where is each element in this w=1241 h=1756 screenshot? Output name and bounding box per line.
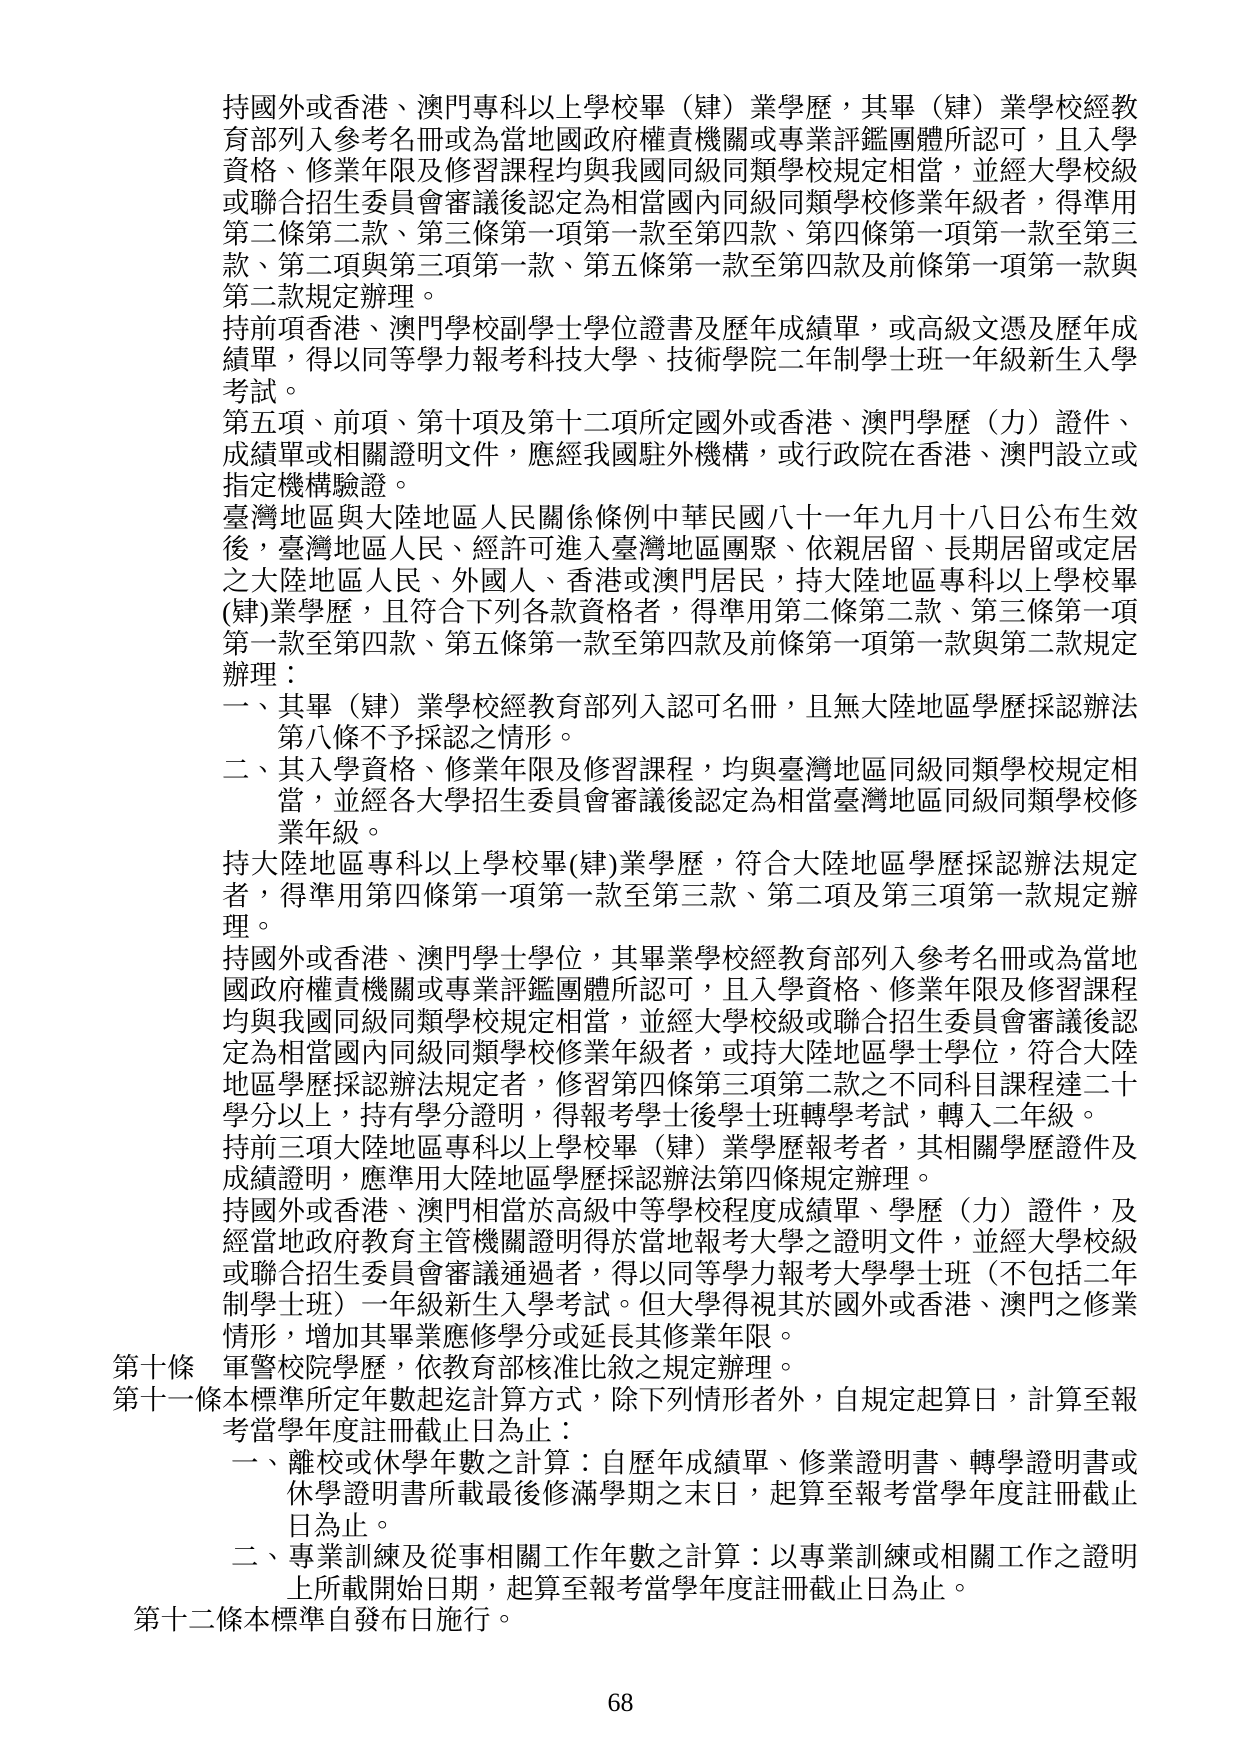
page-number: 68 [0, 1688, 1241, 1718]
list-item-marker: 二、 [231, 1541, 288, 1572]
list-item: 一、其畢（肄）業學校經教育部列入認可名冊，且無大陸地區學歷採認辦法第八條不予採認… [222, 691, 1138, 754]
list-item: 二、其入學資格、修業年限及修習課程，均與臺灣地區同級同類學校規定相當，並經各大學… [222, 754, 1138, 849]
paragraph: 臺灣地區與大陸地區人民關係條例中華民國八十一年九月十八日公布生效後，臺灣地區人民… [222, 502, 1138, 691]
list-item-marker: 一、 [222, 691, 278, 722]
list-item-text: 其入學資格、修業年限及修習課程，均與臺灣地區同級同類學校規定相當，並經各大學招生… [277, 754, 1138, 848]
article-text: 本標準所定年數起迄計算方式，除下列情形者外，自規定起算日，計算至報考當學年度註冊… [222, 1384, 1138, 1447]
article-label: 第十條 [112, 1352, 195, 1384]
list-item: 一、離校或休學年數之計算：自歷年成績單、修業證明書、轉學證明書或休學證明書所載最… [231, 1447, 1138, 1542]
article-10: 第十條 軍警校院學歷，依教育部核准比敘之規定辦理。 [222, 1352, 1138, 1384]
paragraph: 第五項、前項、第十項及第十二項所定國外或香港、澳門學歷（力）證件、成績單或相關證… [222, 407, 1138, 502]
list-item-marker: 二、 [222, 754, 278, 785]
article-label: 第十一條 [112, 1384, 222, 1416]
list-item-text: 專業訓練及從事相關工作年數之計算：以專業訓練或相關工作之證明上所載開始日期，起算… [286, 1541, 1138, 1604]
article-text: 軍警校院學歷，依教育部核准比敘之規定辦理。 [222, 1352, 1138, 1384]
list-item-text: 其畢（肄）業學校經教育部列入認可名冊，且無大陸地區學歷採認辦法第八條不予採認之情… [277, 691, 1138, 754]
paragraph: 持國外或香港、澳門專科以上學校畢（肄）業學歷，其畢（肄）業學校經教育部列入參考名… [222, 92, 1138, 313]
article-label: 第十二條 [133, 1604, 243, 1636]
paragraph: 持大陸地區專科以上學校畢(肄)業學歷，符合大陸地區學歷採認辦法規定者，得準用第四… [222, 848, 1138, 943]
paragraph: 持前項香港、澳門學校副學士學位證書及歷年成績單，或高級文憑及歷年成績單，得以同等… [222, 313, 1138, 408]
list-item-text: 離校或休學年數之計算：自歷年成績單、修業證明書、轉學證明書或休學證明書所載最後修… [286, 1447, 1138, 1541]
paragraph: 持國外或香港、澳門學士學位，其畢業學校經教育部列入參考名冊或為當地國政府權責機關… [222, 943, 1138, 1132]
paragraph: 持國外或香港、澳門相當於高級中等學校程度成績單、學歷（力）證件，及經當地政府教育… [222, 1195, 1138, 1353]
list-item-marker: 一、 [231, 1447, 288, 1478]
list-item: 二、專業訓練及從事相關工作年數之計算：以專業訓練或相關工作之證明上所載開始日期，… [231, 1541, 1138, 1604]
document-page: 持國外或香港、澳門專科以上學校畢（肄）業學歷，其畢（肄）業學校經教育部列入參考名… [0, 0, 1241, 1756]
paragraph: 持前三項大陸地區專科以上學校畢（肄）業學歷報考者，其相關學歷證件及成績證明，應準… [222, 1132, 1138, 1195]
article-text: 本標準自發布日施行。 [243, 1604, 1138, 1636]
article-11: 第十一條 本標準所定年數起迄計算方式，除下列情形者外，自規定起算日，計算至報考當… [222, 1384, 1138, 1605]
document-body: 持國外或香港、澳門專科以上學校畢（肄）業學歷，其畢（肄）業學校經教育部列入參考名… [222, 92, 1138, 1636]
article-12: 第十二條 本標準自發布日施行。 [222, 1604, 1138, 1636]
